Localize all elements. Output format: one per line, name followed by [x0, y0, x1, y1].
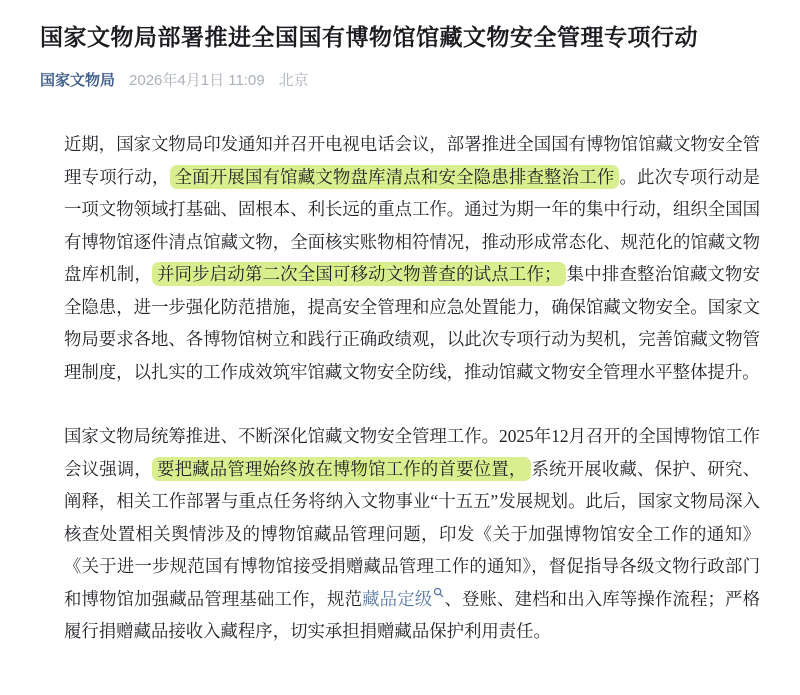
- search-icon: [433, 587, 444, 598]
- publish-location: 北京: [279, 69, 309, 90]
- publish-date: 2026年4月1日 11:09: [129, 69, 265, 90]
- paragraph-2: 国家文物局统筹推进、不断深化馆藏文物安全管理工作。2025年12月召开的全国博物…: [64, 420, 760, 648]
- highlighted-text: 全面开展国有馆藏文物盘库清点和安全隐患排查整治工作: [170, 165, 620, 189]
- highlighted-text: 要把藏品管理始终放在博物馆工作的首要位置，: [152, 457, 531, 481]
- byline: 国家文物局 2026年4月1日 11:09 北京: [40, 69, 760, 90]
- highlighted-text: 并同步启动第二次全国可移动文物普查的试点工作；: [152, 262, 566, 286]
- author-link[interactable]: 国家文物局: [40, 69, 115, 90]
- article-body: 近期，国家文物局印发通知并召开电视电话会议，部署推进全国国有博物馆馆藏文物安全管…: [64, 128, 760, 648]
- article-title: 国家文物局部署推进全国国有博物馆馆藏文物安全管理专项行动: [40, 22, 760, 52]
- collection-grading-link[interactable]: 藏品定级: [362, 589, 444, 609]
- body-text: 系统开展收藏、保护、研究、阐释，相关工作部署与重点任务将纳入文物事业“十五五”发…: [64, 459, 760, 609]
- article-page: 国家文物局部署推进全国国有博物馆馆藏文物安全管理专项行动 国家文物局 2026年…: [0, 0, 800, 688]
- paragraph-1: 近期，国家文物局印发通知并召开电视电话会议，部署推进全国国有博物馆馆藏文物安全管…: [64, 128, 760, 388]
